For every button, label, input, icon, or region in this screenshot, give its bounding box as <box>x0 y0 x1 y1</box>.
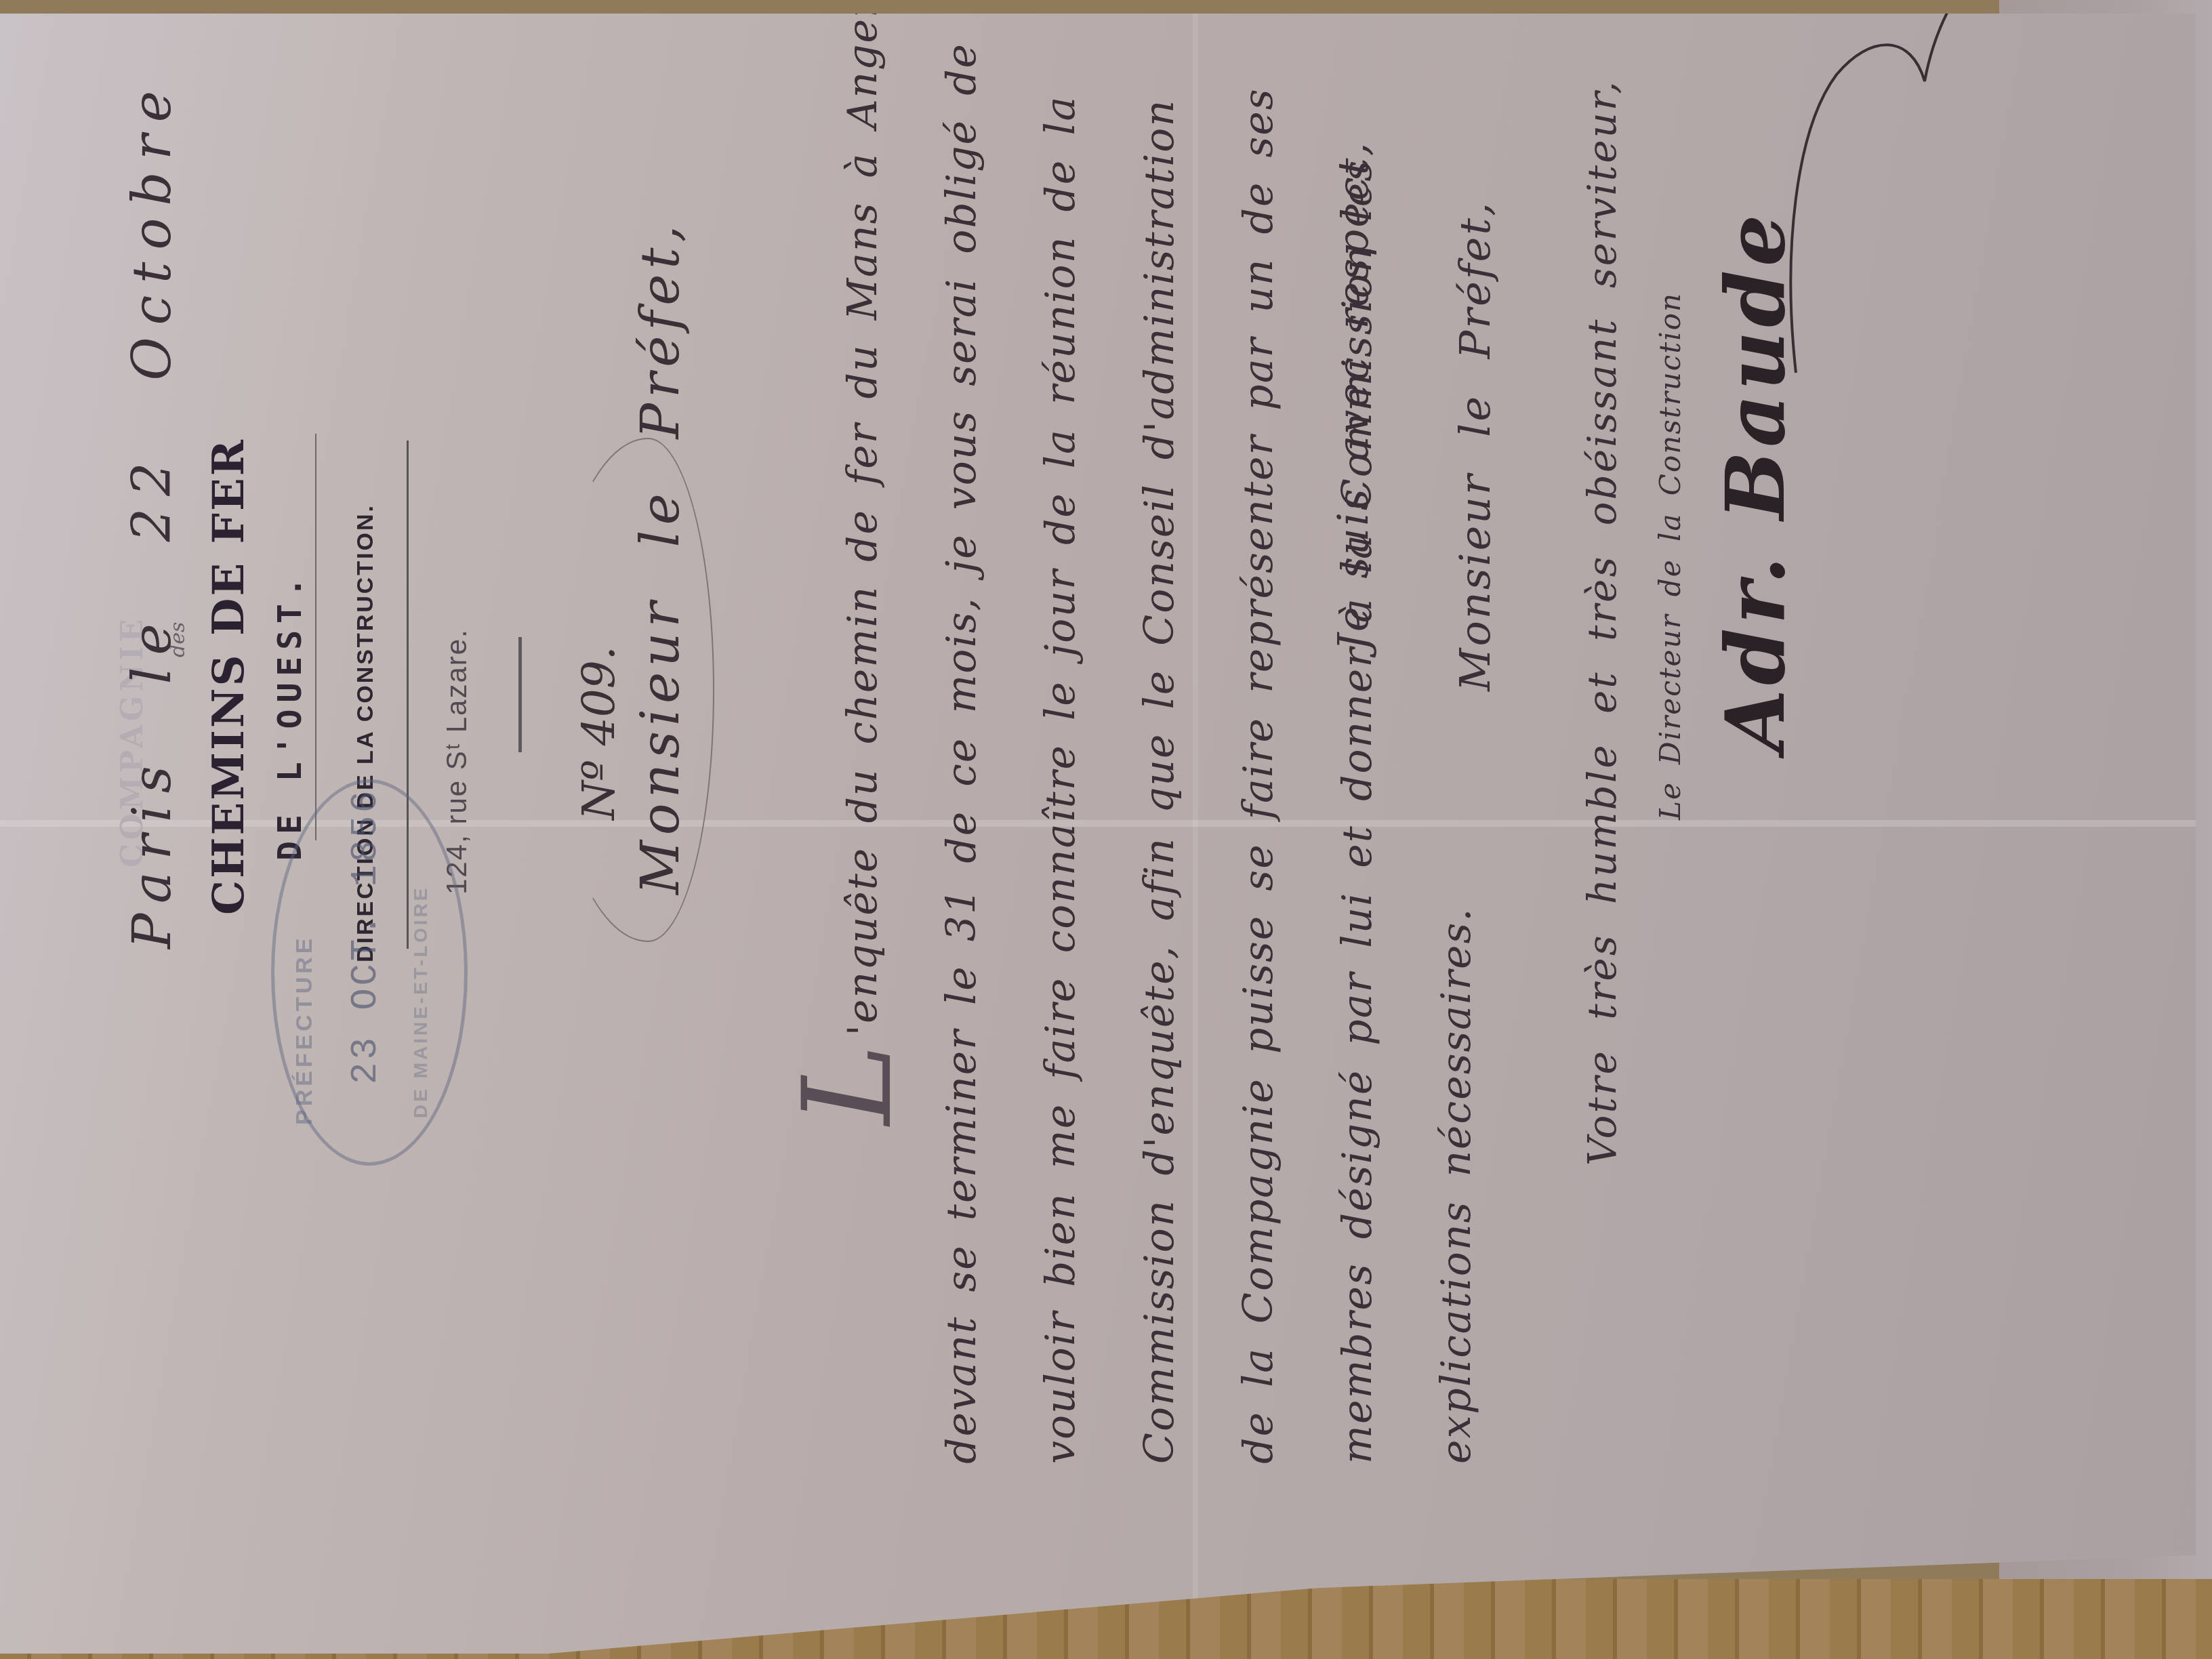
closing-salutation: Monsieur le Préfet, <box>1450 201 1500 691</box>
closing-servant: Votre très humble et très obéissant serv… <box>1579 79 1625 1166</box>
stamp-top-text: PRÉFECTURE <box>291 935 318 1125</box>
salutation: Monsieur le Préfet, <box>630 220 691 895</box>
body-line: vouloir bien me faire connaître le jour … <box>1011 0 1110 1464</box>
stamp-date: 23 OCT. 1856 <box>346 788 387 1084</box>
letterhead-rule <box>315 434 316 840</box>
signature-flourish <box>1755 0 2040 386</box>
letterhead-rule-short <box>518 637 522 752</box>
closing-respect: Je suis avec respect, <box>1328 141 1378 651</box>
letter-content-rotated: COMPAGNIE des CHEMINS DE FER DE L'OUEST.… <box>0 27 2101 1654</box>
body-line: L'enquête du chemin de fer du Mans à Ang… <box>813 0 912 1464</box>
body-line: devant se terminer le 31 de ce mois, je … <box>912 0 1011 1464</box>
letterhead-name-line2: DE L'OUEST. <box>271 571 309 861</box>
stamp-bottom-text: DE MAINE-ET-LOIRE <box>410 886 432 1118</box>
drop-cap: L <box>777 1042 919 1125</box>
letter-date: Paris le 22 Octobre 1856. <box>122 0 183 949</box>
letter-sheet: COMPAGNIE des CHEMINS DE FER DE L'OUEST.… <box>0 14 2196 1654</box>
body-line: Commission d'enquête, afin que le Consei… <box>1110 0 1209 1464</box>
signature-title: Le Directeur de la Construction <box>1654 292 1687 820</box>
letterhead-name-line1: CHEMINS DE FER <box>203 438 254 915</box>
letter-body: L'enquête du chemin de fer du Mans à Ang… <box>813 0 1506 1464</box>
body-line: de la Compagnie puisse se faire représen… <box>1209 0 1308 1464</box>
reference-number: Nº 409. <box>573 646 625 820</box>
